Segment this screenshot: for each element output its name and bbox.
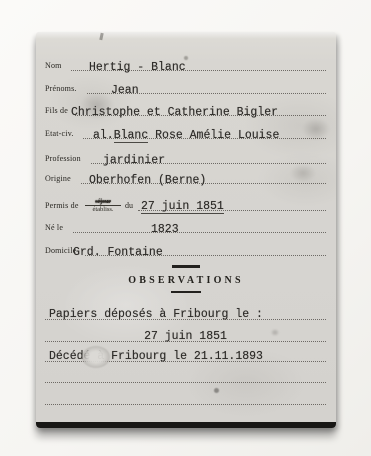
field-row-etat-civ: Etat-civ. al.Blanc Rose Amélie Louise: [45, 123, 326, 139]
observations-heading: OBSERVATIONS: [36, 275, 336, 286]
observation-line: Décédé à Fribourg le 21.11.1893: [45, 345, 326, 362]
observation-text-3: Décédé à Fribourg le 21.11.1893: [49, 350, 263, 363]
field-label-permis: Permis de: [45, 201, 79, 210]
field-label-fils-de: Fils de: [45, 106, 68, 115]
etat-civ-prefix: al.: [93, 129, 114, 142]
field-value-fils-de: Christophe et Catherine Bigler: [71, 106, 278, 119]
field-label-profession: Profession: [45, 154, 81, 163]
field-label-domicile: Domicile: [45, 246, 76, 255]
field-row-domicile: Domicile Grd. Fontaine: [45, 240, 326, 256]
etat-civ-rest: Rose Amélie Louise: [148, 129, 279, 142]
field-value-permis: 27 juin 1851: [141, 200, 224, 214]
field-value-etat-civ: al.Blanc Rose Amélie Louise: [93, 129, 279, 142]
field-row-prenoms: Prénoms. Jean: [45, 78, 326, 94]
field-label-origine: Origine: [45, 174, 71, 183]
field-value-profession: jardinier: [103, 154, 165, 167]
field-row-origine: Origine Oberhofen (Berne): [45, 168, 326, 184]
permis-option-etabliss: établiss.: [85, 205, 121, 213]
field-label-etat-civ: Etat-civ.: [45, 129, 74, 138]
observation-line-empty: [45, 388, 326, 405]
heading-underline-rule: [171, 291, 201, 293]
field-value-nom: Hertig - Blanc: [89, 61, 186, 74]
observation-line: Papiers déposés à Fribourg le :: [45, 303, 326, 320]
field-row-fils-de: Fils de Christophe et Catherine Bigler: [45, 100, 326, 116]
field-row-profession: Profession jardinier: [45, 148, 326, 164]
field-row-ne-le: Né le 1823: [45, 217, 326, 233]
permis-connector: du: [125, 201, 133, 210]
registration-card: Nom Hertig - Blanc Prénoms. Jean Fils de…: [36, 32, 336, 428]
field-label-prenoms: Prénoms.: [45, 84, 77, 93]
field-value-prenoms: Jean: [111, 84, 139, 97]
observation-line: 27 juin 1851: [45, 325, 326, 342]
field-value-domicile: Grd. Fontaine: [73, 246, 163, 259]
field-label-ne-le: Né le: [45, 223, 63, 232]
observation-text-2: 27 juin 1851: [45, 330, 326, 343]
dotted-rule: [73, 232, 326, 233]
field-value-ne-le: 1823: [151, 223, 179, 236]
observation-line-empty: [45, 366, 326, 383]
field-label-nom: Nom: [45, 61, 62, 70]
observation-text-1: Papiers déposés à Fribourg le :: [49, 308, 263, 321]
permis-options: séjour établiss.: [85, 199, 121, 213]
etat-civ-underlined: Blanc: [114, 129, 149, 143]
section-divider-rule: [172, 265, 200, 268]
field-value-origine: Oberhofen (Berne): [89, 174, 206, 187]
field-row-permis: Permis de séjour établiss. du 27 juin 18…: [45, 195, 326, 211]
field-row-nom: Nom Hertig - Blanc: [45, 55, 326, 71]
stain: [99, 33, 103, 40]
